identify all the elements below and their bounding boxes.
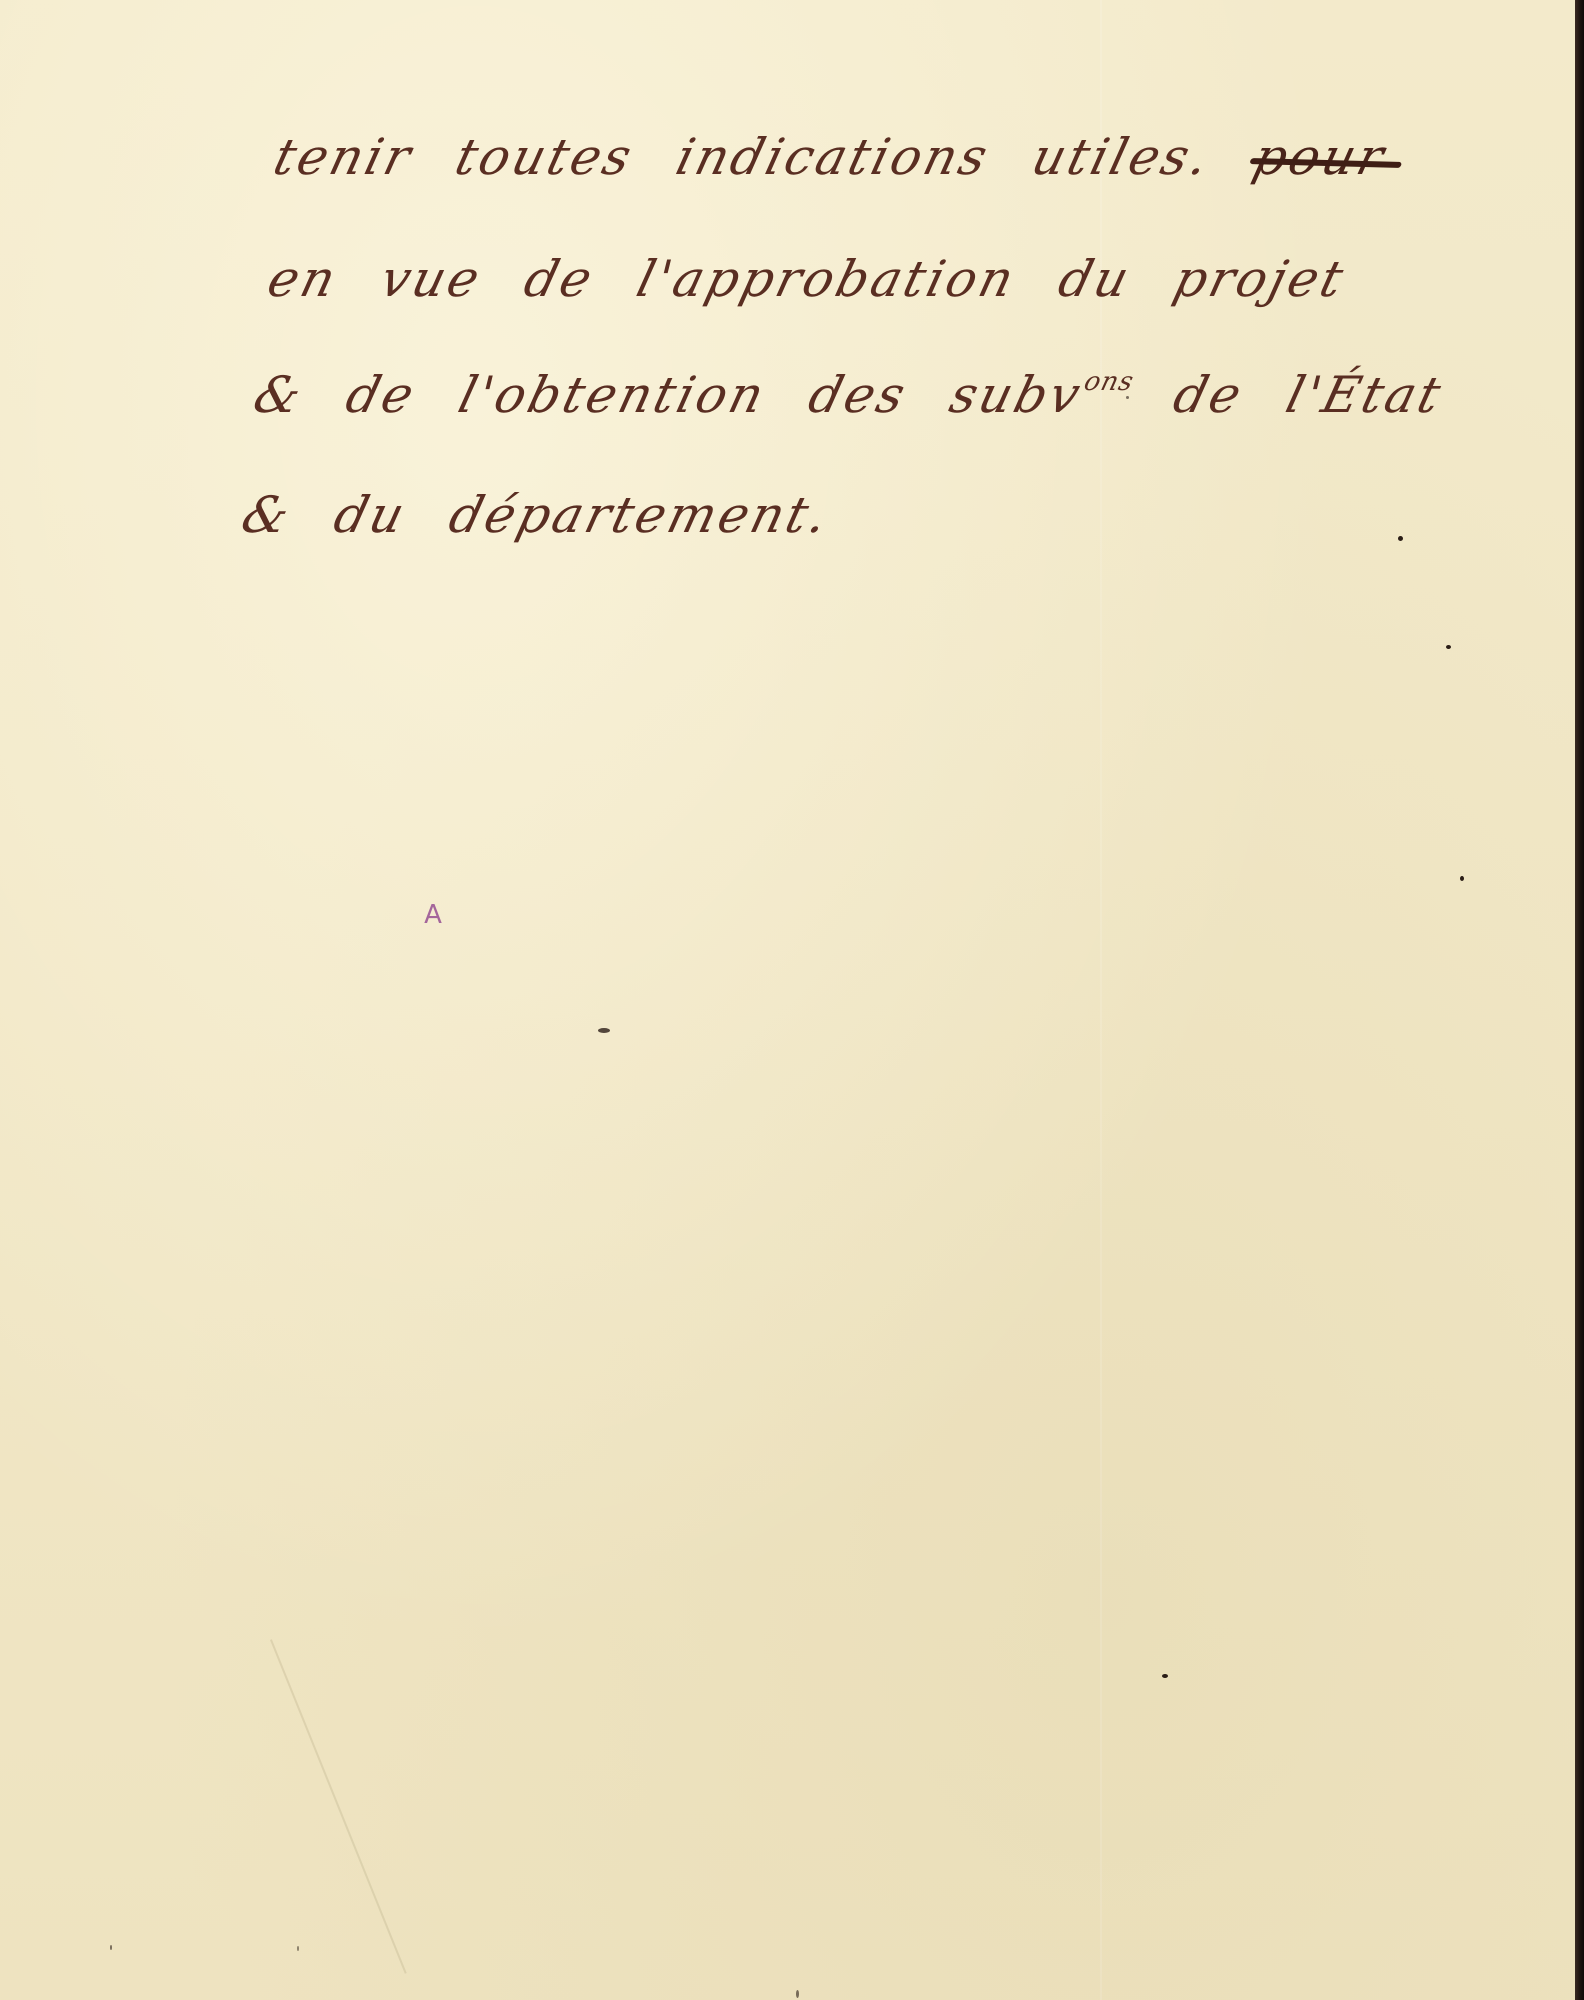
ink-speck: [1446, 645, 1451, 649]
word: projet: [1168, 250, 1352, 308]
text-line-2: en vue de l'approbation du projet: [262, 250, 1352, 308]
word: de: [519, 250, 601, 308]
word: de: [1168, 366, 1250, 424]
word: tenir: [268, 128, 419, 186]
ink-speck: [598, 1028, 610, 1033]
ink-speck: [796, 1990, 799, 1998]
text-line-1: tenir toutes indications utiles. pour: [268, 128, 1392, 186]
abbreviated-word: subvons: [944, 366, 1137, 424]
ink-speck: [1398, 536, 1403, 541]
word: toutes: [450, 128, 640, 186]
abbrev-superscript: ons: [1081, 367, 1137, 397]
abbrev-stem: subv: [944, 366, 1089, 424]
ampersand: &: [248, 366, 310, 424]
word: département.: [444, 486, 837, 544]
word: l'État: [1280, 366, 1449, 424]
ink-speck: [110, 1945, 112, 1950]
ampersand: &: [236, 486, 298, 544]
struck-through-word: pour: [1248, 128, 1393, 186]
word: l'approbation: [631, 250, 1022, 308]
word: du: [328, 486, 413, 544]
text-line-4: & du département.: [236, 486, 836, 544]
ink-speck: [1162, 1674, 1168, 1678]
word: utiles.: [1026, 128, 1217, 186]
ink-speck: [1460, 876, 1464, 881]
word: du: [1053, 250, 1138, 308]
page-right-edge: [1575, 0, 1584, 2000]
word: l'obtention: [453, 366, 773, 424]
manuscript-page: tenir toutes indications utiles. pour en…: [0, 0, 1584, 2000]
word: de: [340, 366, 422, 424]
word: en: [262, 250, 344, 308]
word: des: [803, 366, 914, 424]
text-line-3: & de l'obtention des subvons de l'État: [248, 366, 1449, 424]
purple-stamp-mark: A: [420, 898, 446, 932]
word: vue: [375, 250, 489, 308]
ink-speck: [297, 1946, 299, 1951]
paper-crease: [270, 1639, 407, 1974]
word: indications: [670, 128, 996, 186]
ink-speck: [1126, 396, 1129, 399]
